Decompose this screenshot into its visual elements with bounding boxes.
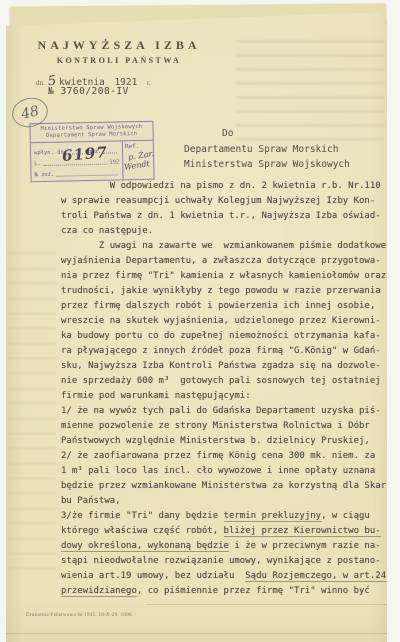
stamp-zez-label: № zez. [34,172,54,178]
letterhead: NAJWYŻSZA IZBA KONTROLI PAŃSTWA [34,38,204,65]
ink-bleed-through [8,252,56,582]
reference-number: № 3760/208-IV [48,86,129,97]
crease-line [6,633,387,634]
page-number-value: 48 [20,103,41,123]
underline-mark [61,551,229,552]
underline-mark [245,581,386,582]
stamp-fill-line [56,174,117,176]
stamp-header-line2: Departament Spraw Morskich [32,131,152,141]
recipient-line2: Ministerstwa Spraw Wojskowych [184,157,350,173]
crease-line [146,604,387,605]
recipient-line1: Departamentu Spraw Morskich [184,142,350,158]
stamp-row-attachments: № zez. [34,170,119,178]
org-subtitle: KONTROLI PAŃSTWA [34,56,204,65]
date-suffix: r. [147,79,151,87]
recipient-to: Do [222,126,350,142]
stamp-year-label: 192 [109,159,119,165]
stamp-header: Ministerstwo Spraw Wojskowych Departamen… [30,122,152,144]
date-prefix: dn. [36,79,45,87]
stamp-fill-line [43,164,107,166]
underline-mark [224,521,322,522]
underline-mark [61,596,137,597]
printer-imprint: Drukarnia Państwowa № 1945. 10-X-20. 100… [26,613,133,618]
stamp-l-label: L. [34,161,41,167]
document-page: NAJWYŻSZA IZBA KONTROLI PAŃSTWA dn.5kwie… [6,12,387,642]
underline-mark [224,536,381,537]
org-name: NAJWYŻSZA IZBA [34,38,204,53]
recipient-block: Do Departamentu Spraw Morskich Ministers… [184,126,350,173]
